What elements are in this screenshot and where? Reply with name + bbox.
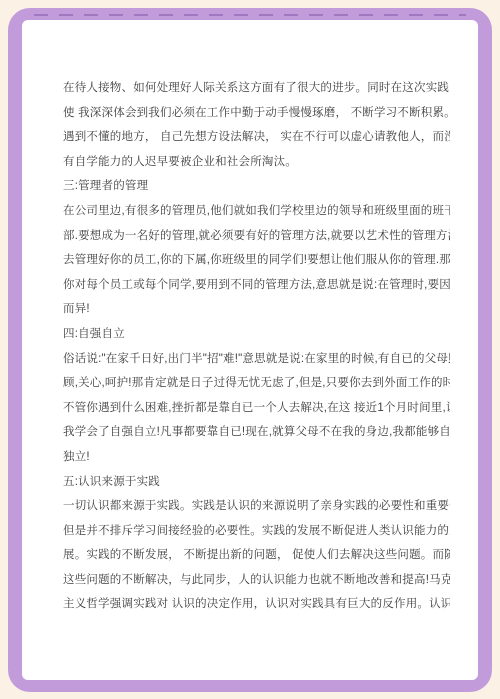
text-line: 一切认识都来源于实践。实践是认识的来源说明了亲身实践的必要性和重要性， [63,494,450,519]
decorative-frame: 在待人接物、如何处理好人际关系这方面有了很大的进步。同时在这次实践中使 我深深体… [8,8,492,692]
text-line: 在公司里边,有很多的管理员,他们就如我们学校里边的领导和班级里面的班干 [63,199,450,224]
text-line: 部.要想成为一名好的管理,就必须要有好的管理方法,就要以艺术性的管理方法 [63,224,450,249]
text-line: 展。实践的不断发展， 不断提出新的问题， 促使人们去解决这些问题。而随着 [63,543,450,568]
essay-text text-lines: 在待人接物、如何处理好人际关系这方面有了很大的进步。同时在这次实践中使 我深深体… [63,76,450,617]
text-line: 有自学能力的人迟早要被企业和社会所淘汰。 [63,150,450,175]
dashed-cut-line [34,14,466,16]
content-card: 在待人接物、如何处理好人际关系这方面有了很大的进步。同时在这次实践中使 我深深体… [22,20,478,680]
text-line: 我学会了自强自立!凡事都要靠自已!现在,就算父母不在我的身边,我都能够自已 [63,420,450,445]
text-line: 而异! [63,297,450,322]
section-heading: 五:认识来源于实践 [63,470,450,495]
section-heading: 四:自强自立 [63,322,450,347]
text-line: 这些问题的不断解决，与此同步，人的认识能力也就不断地改善和提高!马克思 [63,568,450,593]
text-line: 不管你遇到什么困难,挫折都是靠自已一个人去解决,在这 接近1个月时间里,让 [63,396,450,421]
page-background: 在待人接物、如何处理好人际关系这方面有了很大的进步。同时在这次实践中使 我深深体… [0,0,500,699]
text-line: 你对每个员工或每个同学,要用到不同的管理方法,意思就是说:在管理时,要因人 [63,273,450,298]
text-line: 但是并不排斥学习间接经验的必要性。实践的发展不断促进人类认识能力的发 [63,519,450,544]
text-line: 俗话说:"在家千日好,出门半"招"难!"意思就是说:在家里的时候,有自已的父母照 [63,347,450,372]
section-heading: 三:管理者的管理 [63,174,450,199]
text-line: 主义哲学强调实践对 认识的决定作用，认识对实践具有巨大的反作用。认识对 [63,592,450,617]
text-line: 在待人接物、如何处理好人际关系这方面有了很大的进步。同时在这次实践中 [63,76,450,101]
text-line: 独立! [63,445,450,470]
text-line: 去管理好你的员工,你的下属,你班级里的同学们!要想让他们服从你的管理.那么 [63,248,450,273]
text-line: 使 我深深体会到我们必须在工作中勤于动手慢慢琢磨， 不断学习不断积累。 [63,101,450,126]
text-line: 遇到不懂的地方， 自己先想方设法解决， 实在不行可以虚心请教他人，而没 [63,125,450,150]
text-line: 顾,关心,呵护!那肯定就是日子过得无忧无虑了,但是,只要你去到外面工作的时候 [63,371,450,396]
